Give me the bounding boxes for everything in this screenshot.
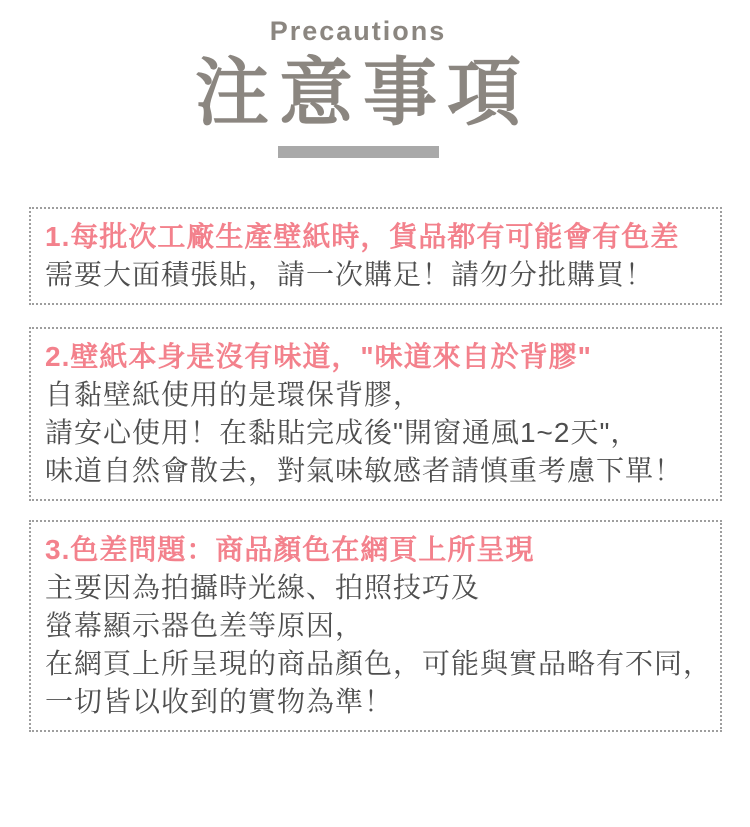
title-divider <box>278 146 439 158</box>
notice-box-odor: 2.壁紙本身是沒有味道，"味道來自於背膠" 自黏壁紙使用的是環保背膠， 請安心使… <box>29 327 722 501</box>
notice-line: 主要因為拍攝時光線、拍照技巧及 <box>45 569 706 607</box>
precautions-panel: Precautions 注意事項 1.每批次工廠生產壁紙時，貨品都有可能會有色差… <box>0 0 750 827</box>
notice-heading: 2.壁紙本身是沒有味道，"味道來自於背膠" <box>45 338 706 376</box>
notice-line: 自黏壁紙使用的是環保背膠， <box>45 376 706 414</box>
notice-line: 螢幕顯示器色差等原因， <box>45 607 706 645</box>
notice-heading: 3.色差問題：商品顏色在網頁上所呈現 <box>45 531 706 569</box>
header-eyebrow: Precautions <box>0 16 716 46</box>
page-title: 注意事項 <box>0 53 716 133</box>
notice-line: 請安心使用！在黏貼完成後"開窗通風1~2天"， <box>45 414 706 452</box>
notice-heading: 1.每批次工廠生產壁紙時，貨品都有可能會有色差 <box>45 218 706 256</box>
notice-line: 在網頁上所呈現的商品顏色，可能與實品略有不同， <box>45 645 706 683</box>
notice-line: 需要大面積張貼，請一次購足！請勿分批購買！ <box>45 256 706 294</box>
header: Precautions 注意事項 <box>0 0 716 158</box>
notice-box-color-difference: 1.每批次工廠生產壁紙時，貨品都有可能會有色差 需要大面積張貼，請一次購足！請勿… <box>29 207 722 305</box>
notice-line: 味道自然會散去，對氣味敏感者請慎重考慮下單！ <box>45 452 706 490</box>
notice-box-screen-color: 3.色差問題：商品顏色在網頁上所呈現 主要因為拍攝時光線、拍照技巧及 螢幕顯示器… <box>29 520 722 732</box>
notice-line: 一切皆以收到的實物為準！ <box>45 683 706 721</box>
